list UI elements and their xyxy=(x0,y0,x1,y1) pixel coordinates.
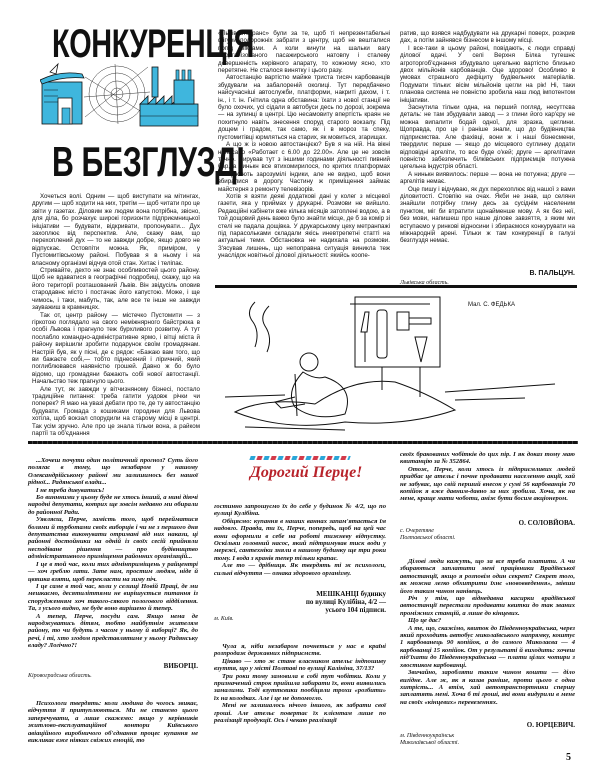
paragraph: Три роки тому замовила в собі тут чобітк… xyxy=(214,673,386,703)
article-column-2: «Львівавтотранс» були за те, щоб ті непр… xyxy=(218,30,390,260)
paragraph: Обіцяємо: купання в наших ваннах запам'я… xyxy=(214,518,386,562)
signature-line: МЕШКАНЦІ будинку xyxy=(214,590,386,598)
article-author: В. ПАЛЬЦУН. xyxy=(400,270,575,277)
region-line: с. Очеретяне xyxy=(400,528,456,535)
paragraph: гостинно запрошуємо їх до себе у будинок… xyxy=(214,503,386,518)
letter-soloviova-left: Чула я, ніби незабаром почнеться у нас в… xyxy=(214,643,386,724)
letters-header: Дорогий Перце! xyxy=(250,456,370,496)
paragraph: Цікаво — хто ж стане власником ательє ін… xyxy=(214,658,386,673)
region-line: Миколаївської області. xyxy=(400,740,459,747)
paragraph: А те, що, скажімо, квиток до Південноукр… xyxy=(400,625,575,669)
paragraph: Заснутила тільки одна, на перший погляд,… xyxy=(400,104,575,171)
paragraph: Отож, Перче, коли хтось із підприємливих… xyxy=(400,466,575,503)
paragraph: Що це дає? xyxy=(400,617,575,624)
paragraph: ратив, що взявся надбудувати на друкарні… xyxy=(400,30,575,45)
letter-signature: ВИБОРЦІ. xyxy=(28,662,198,670)
paragraph: А тепер, Перче, посуди сам. Якщо нема де… xyxy=(28,613,198,650)
paragraph: Стривайте, дехто не знає особливостей ць… xyxy=(32,267,200,311)
paragraph: Чула я, ніби незабаром почнеться у нас в… xyxy=(214,643,386,658)
paragraph: І це саме в той час, коли у селищі Новій… xyxy=(28,583,198,613)
article-column-3: ратив, що взявся надбудувати на друкарні… xyxy=(400,30,575,245)
paragraph: А що ж із новою автостанцією? Був я на н… xyxy=(218,141,390,193)
signature-line: усього 104 підписи. xyxy=(214,606,386,614)
letter-region: м. Південноукраїнськ Миколаївської облас… xyxy=(400,733,459,747)
paragraph: Але тут, як завжди у вітчизняному бізнес… xyxy=(32,386,200,438)
paragraph: Хотів я взяти деякі додаткові дані у кол… xyxy=(218,193,390,260)
letter-kulibina-right: гостинно запрошуємо їх до себе у будинок… xyxy=(214,503,386,577)
paragraph: Хочеться волі. Одним — щоб виступати на … xyxy=(32,193,200,267)
paragraph: А нинькн виявилось: перше — вона не поту… xyxy=(400,171,575,186)
letters-header-label: Дорогий Перце! xyxy=(250,464,370,482)
cartoon-castaway-illustration xyxy=(225,292,565,442)
letter-signature: О. СОЛОВЙОВА. xyxy=(400,519,575,527)
paragraph: ...Хочеш почути один політичний прогноз?… xyxy=(28,457,198,487)
letter-region: м. Київ. xyxy=(214,616,234,623)
paragraph: Автостанцію вартістю майже триста тисяч … xyxy=(218,74,390,141)
paragraph: Річ у тім, що віднедавна касирки врадіїв… xyxy=(400,595,575,617)
cobweb-buildings-illustration xyxy=(40,62,200,132)
paragraph: своїх бракованих чобітків до цих пір. І … xyxy=(400,451,575,466)
paragraph: Але то — дрібниця. Як твердять ті ж псих… xyxy=(214,562,386,577)
letter-region: Кіровоградська область. xyxy=(28,673,92,680)
paragraph: І це в той час, коли тих адмінприміщень … xyxy=(28,561,198,583)
paragraph: Психологи твердять: коли людина до чогос… xyxy=(28,700,198,744)
letter-yurcevych: Ділові люди кажуть, що за все треба плат… xyxy=(400,558,575,706)
region-line: Полтавської області. xyxy=(400,535,456,542)
paragraph: Звичайно, заробляти таким чином кошти — … xyxy=(400,669,575,706)
airmail-stripe xyxy=(249,456,350,460)
letter-soloviova-right: своїх бракованих чобітків до цих пір. І … xyxy=(400,451,575,503)
signature-line: по вулиці Кулібіна, 4/2 — xyxy=(214,598,386,606)
paragraph: Ділові люди кажуть, що за все треба плат… xyxy=(400,558,575,595)
paragraph: Мені не залишалось нічого іншого, як заб… xyxy=(214,702,386,724)
letter-viborci: ...Хочеш почути один політичний прогноз?… xyxy=(28,457,198,650)
paragraph: І все-таки в цьому районі, повідають, є … xyxy=(400,45,575,104)
paragraph: Уявляєш, Перче, замість того, щоб перейм… xyxy=(28,516,198,560)
letter-signature: МЕШКАНЦІ будинку по вулиці Кулібіна, 4/2… xyxy=(214,590,386,614)
paragraph: Оце пишу і відчуваю, як дух перехоплює в… xyxy=(400,186,575,245)
letter-kulibina-left: Психологи твердять: коли людина до чогос… xyxy=(28,700,198,744)
letter-signature: О. ЮРЦЕВИЧ. xyxy=(400,721,575,729)
paragraph: І не треба дивуватись! xyxy=(28,487,198,494)
region-line: м. Південноукраїнськ xyxy=(400,733,459,740)
paragraph: «Львівавтотранс» були за те, щоб ті непр… xyxy=(218,30,390,74)
article-title-line2: В БЕЗГЛУЗДІ xyxy=(52,138,244,186)
paragraph: Бо виннними у цьому буде не хтось інший,… xyxy=(28,494,198,516)
letter-region: с. Очеретяне Полтавської області. xyxy=(400,528,456,542)
cartoon-credit: Мал. С. ФЕДЬКА xyxy=(468,302,515,308)
paragraph: Так от, центр району — містечко Пустомит… xyxy=(32,312,200,386)
page-number: 5 xyxy=(566,752,571,763)
section-divider xyxy=(28,441,578,444)
article-column-1: Хочеться волі. Одним — щоб виступати на … xyxy=(32,193,200,437)
divider xyxy=(215,285,577,288)
